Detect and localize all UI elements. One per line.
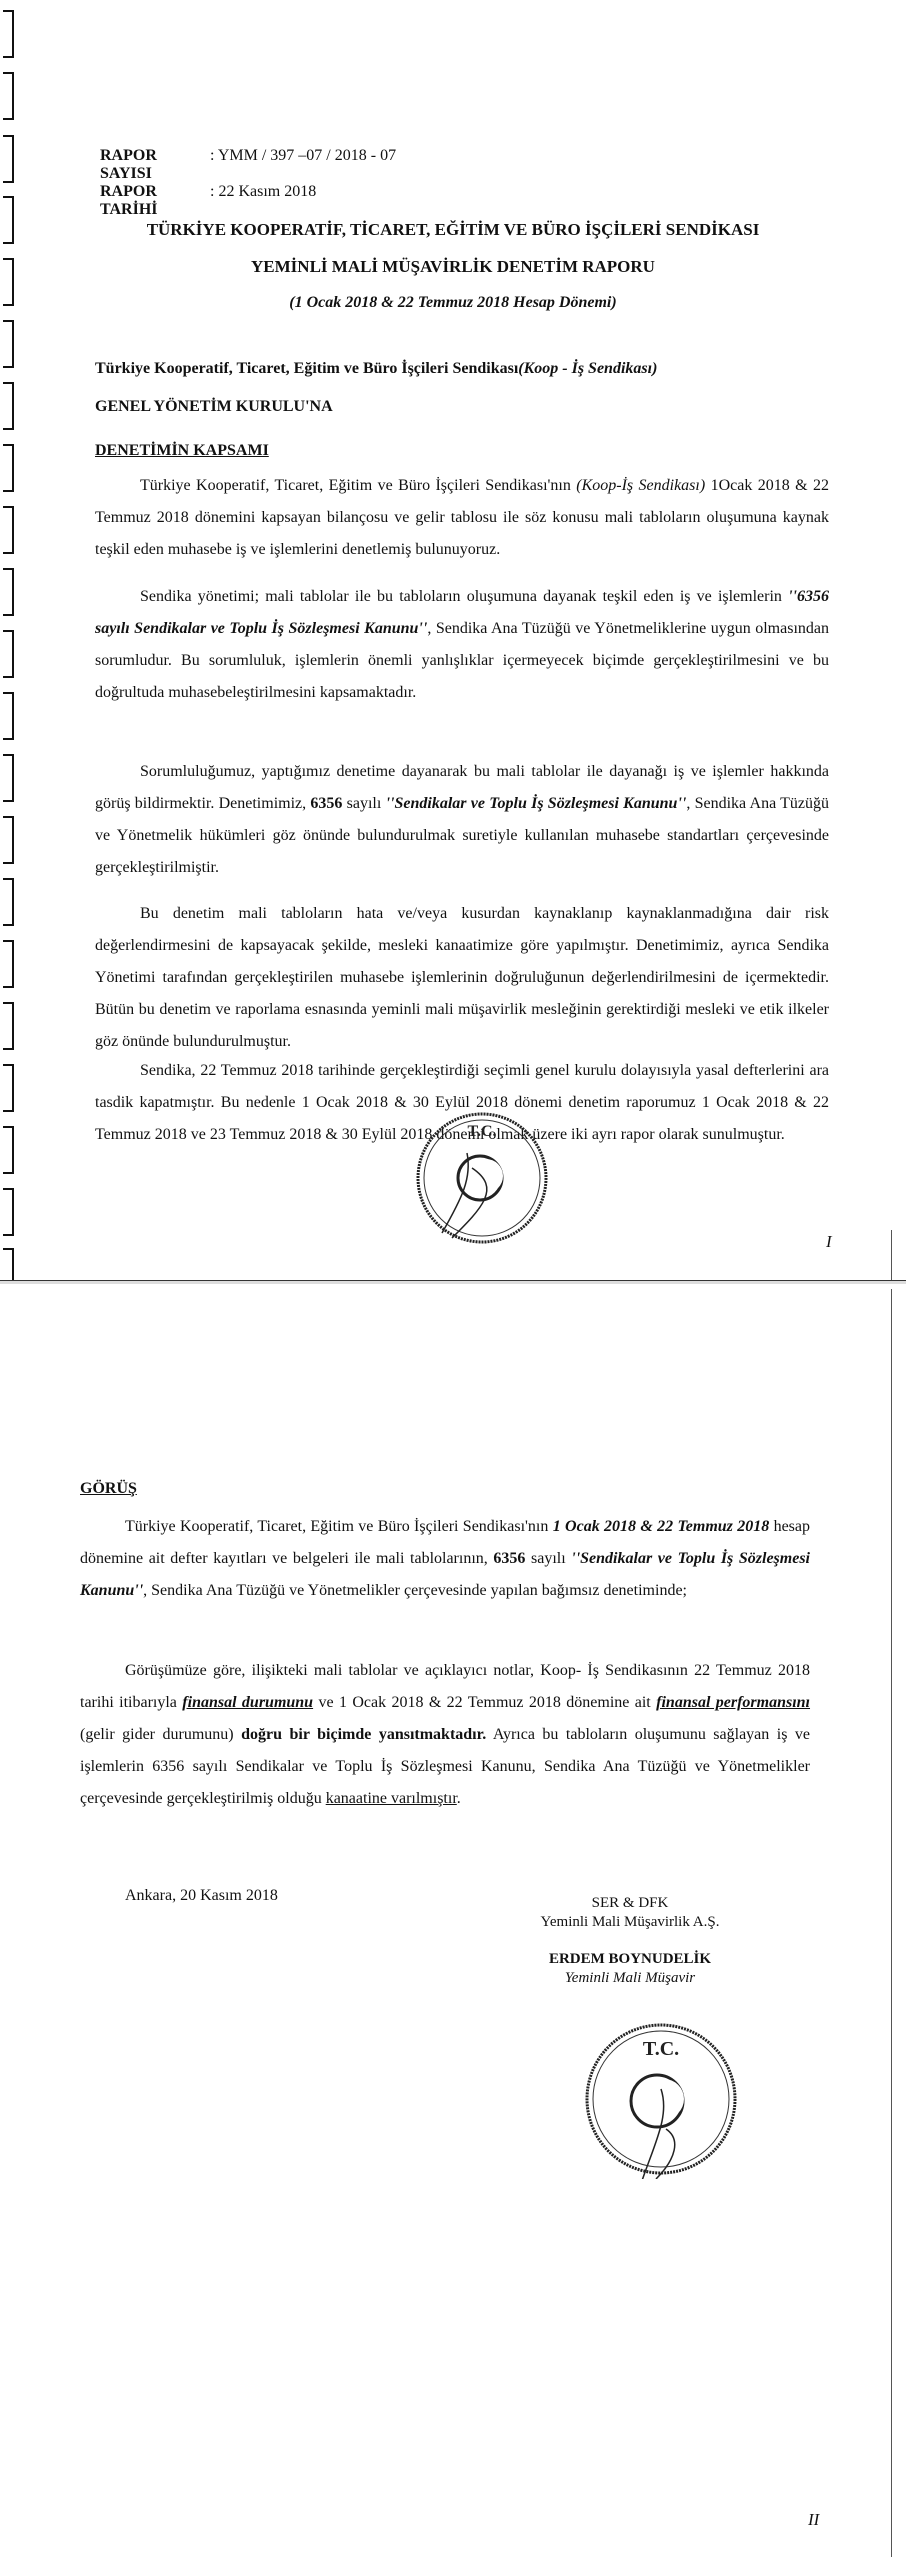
scope-paragraph-4: Bu denetim mali tabloların hata ve/veya … [95,898,829,1058]
report-date-value: : 22 Kasım 2018 [210,183,316,219]
report-number-label: RAPOR SAYISI [100,147,210,183]
binder-mark [3,754,14,802]
binder-mark [3,692,14,740]
margin-line [891,1230,892,1280]
opinion-paragraph-1: Türkiye Kooperatif, Ticaret, Eğitim ve B… [80,1511,810,1607]
binder-mark [3,1002,14,1050]
signatory-title: Yeminli Mali Müşavir [520,1969,740,1988]
addressee-board: GENEL YÖNETİM KURULU'NA [95,398,333,416]
binder-mark [3,1188,14,1236]
scope-paragraph-1: Türkiye Kooperatif, Ticaret, Eğitim ve B… [95,470,829,566]
binder-mark [3,1064,14,1112]
margin-line [891,1289,892,2557]
report-meta: RAPOR SAYISI : YMM / 397 –07 / 2018 - 07… [100,147,396,219]
official-seal-stamp: T.C. [412,1108,552,1248]
binder-mark [3,10,14,58]
report-date-label: RAPOR TARİHİ [100,183,210,219]
binder-mark [3,878,14,926]
binder-mark [3,568,14,616]
scope-paragraph-2: Sendika yönetimi; mali tablolar ile bu t… [95,581,829,709]
report-date-row: RAPOR TARİHİ : 22 Kasım 2018 [100,183,396,219]
report-title-block: TÜRKİYE KOOPERATİF, TİCARET, EĞİTİM VE B… [0,220,906,331]
report-title-org: TÜRKİYE KOOPERATİF, TİCARET, EĞİTİM VE B… [0,220,906,257]
place-date: Ankara, 20 Kasım 2018 [125,1887,278,1905]
binder-mark [3,135,14,183]
svg-text:T.C.: T.C. [467,1123,496,1140]
report-number-value: : YMM / 397 –07 / 2018 - 07 [210,147,396,183]
binder-mark [3,72,14,120]
binder-mark [3,940,14,988]
binder-mark [3,630,14,678]
binder-mark [3,444,14,492]
binder-mark [3,506,14,554]
report-page-2: GÖRÜŞ Türkiye Kooperatif, Ticaret, Eğiti… [0,1284,906,2560]
page-number: II [808,2510,819,2530]
report-number-row: RAPOR SAYISI : YMM / 397 –07 / 2018 - 07 [100,147,396,183]
addressee-org: Türkiye Kooperatif, Ticaret, Eğitim ve B… [95,360,657,378]
official-seal-stamp: T.C. [581,2019,741,2179]
binder-mark [3,1126,14,1174]
opinion-paragraph-2: Görüşümüze göre, ilişikteki mali tablola… [80,1655,810,1815]
page-number: I [826,1232,832,1252]
section-heading-scope: DENETİMİN KAPSAMI [95,442,269,460]
firm-type: Yeminli Mali Müşavirlik A.Ş. [520,1913,740,1932]
report-title-period: (1 Ocak 2018 & 22 Temmuz 2018 Hesap Döne… [0,294,906,331]
svg-text:T.C.: T.C. [643,2038,679,2060]
signatory-name: ERDEM BOYNUDELİK [520,1950,740,1969]
scope-paragraph-3: Sorumluluğumuz, yaptığımız denetime daya… [95,756,829,884]
binder-mark [3,816,14,864]
section-heading-opinion: GÖRÜŞ [80,1480,137,1498]
addressee-org-name: Türkiye Kooperatif, Ticaret, Eğitim ve B… [95,360,518,377]
report-page-1: RAPOR SAYISI : YMM / 397 –07 / 2018 - 07… [0,0,906,1282]
signature-block: SER & DFK Yeminli Mali Müşavirlik A.Ş. E… [520,1894,740,1988]
binder-mark [3,382,14,430]
firm-name: SER & DFK [520,1894,740,1913]
report-title-type: YEMİNLİ MALİ MÜŞAVİRLİK DENETİM RAPORU [0,257,906,294]
addressee-org-short: (Koop - İş Sendikası) [518,360,657,377]
